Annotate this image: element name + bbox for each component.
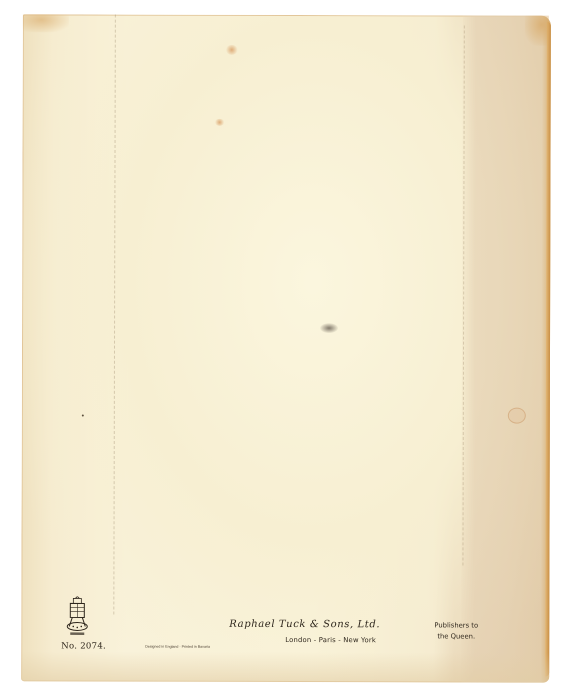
margin-speck — [82, 414, 84, 416]
publisher-cities: London - Paris - New York — [285, 636, 376, 644]
easel-palette-trademark-icon — [65, 596, 89, 638]
imprint-footer: No. 2074. Designed in England · Printed … — [21, 594, 549, 665]
royal-appointment-line-1: Publishers to — [425, 620, 487, 631]
publisher-name: Raphael Tuck & Sons, Ltd. — [229, 619, 380, 630]
page-edge — [545, 22, 551, 677]
cover-page: No. 2074. Designed in England · Printed … — [21, 14, 551, 682]
foxing-stain — [215, 119, 225, 126]
corner-stain-right — [525, 16, 549, 46]
royal-appointment: Publishers to the Queen. — [425, 620, 487, 642]
ring-stain — [508, 408, 526, 424]
catalog-number: No. 2074. — [61, 641, 106, 651]
ink-blot — [320, 323, 338, 333]
aged-band — [461, 15, 551, 682]
binding-fold-line — [113, 15, 116, 615]
corner-stain — [23, 14, 69, 32]
royal-appointment-line-2: the Queen. — [425, 631, 487, 642]
foxing-stain — [226, 45, 238, 55]
imprint-note: Designed in England · Printed in Bavaria — [145, 645, 210, 649]
